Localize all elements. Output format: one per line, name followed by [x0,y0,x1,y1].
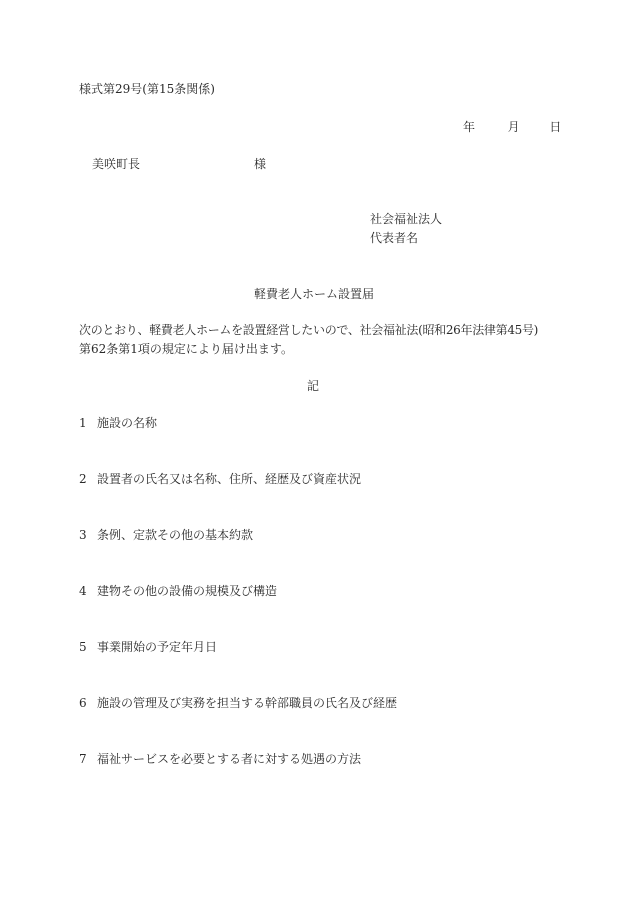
body-text-line1: 次のとおり、軽費老人ホームを設置経営したいので、社会福祉法(昭和26年法律第45… [79,323,538,337]
applicant-org-type: 社会福祉法人 [370,212,442,226]
addressee-honorific: 様 [254,157,266,171]
list-item: 7福祉サービスを必要とする者に対する処遇の方法 [79,752,361,766]
list-item: 4建物その他の設備の規模及び構造 [79,584,277,598]
date-line: 年 月 日 [463,120,561,134]
list-item: 6施設の管理及び実務を担当する幹部職員の氏名及び経歴 [79,696,397,710]
note-heading: 記 [307,379,319,393]
item-label: 設置者の氏名又は名称、住所、経歴及び資産状況 [97,472,361,486]
item-label: 福祉サービスを必要とする者に対する処遇の方法 [97,752,361,766]
applicant-representative: 代表者名 [370,231,418,245]
item-label: 条例、定款その他の基本約款 [97,528,253,542]
date-year: 年 [463,120,475,134]
item-number: 5 [79,640,97,654]
date-month: 月 [508,120,520,134]
addressee-name: 美咲町長 [92,157,140,171]
item-number: 1 [79,416,97,430]
item-number: 2 [79,472,97,486]
document-title: 軽費老人ホーム設置届 [254,287,374,301]
list-item: 1施設の名称 [79,416,157,430]
item-number: 7 [79,752,97,766]
item-number: 6 [79,696,97,710]
list-item: 5事業開始の予定年月日 [79,640,217,654]
item-number: 4 [79,584,97,598]
list-item: 3条例、定款その他の基本約款 [79,528,253,542]
form-number: 様式第29号(第15条関係) [79,82,215,96]
item-label: 事業開始の予定年月日 [97,640,217,654]
body-text-line2: 第62条第1項の規定により届け出ます。 [79,342,293,356]
item-label: 施設の名称 [97,416,157,430]
date-day: 日 [549,120,561,134]
list-item: 2設置者の氏名又は名称、住所、経歴及び資産状況 [79,472,361,486]
item-label: 建物その他の設備の規模及び構造 [97,584,277,598]
item-label: 施設の管理及び実務を担当する幹部職員の氏名及び経歴 [97,696,397,710]
item-number: 3 [79,528,97,542]
